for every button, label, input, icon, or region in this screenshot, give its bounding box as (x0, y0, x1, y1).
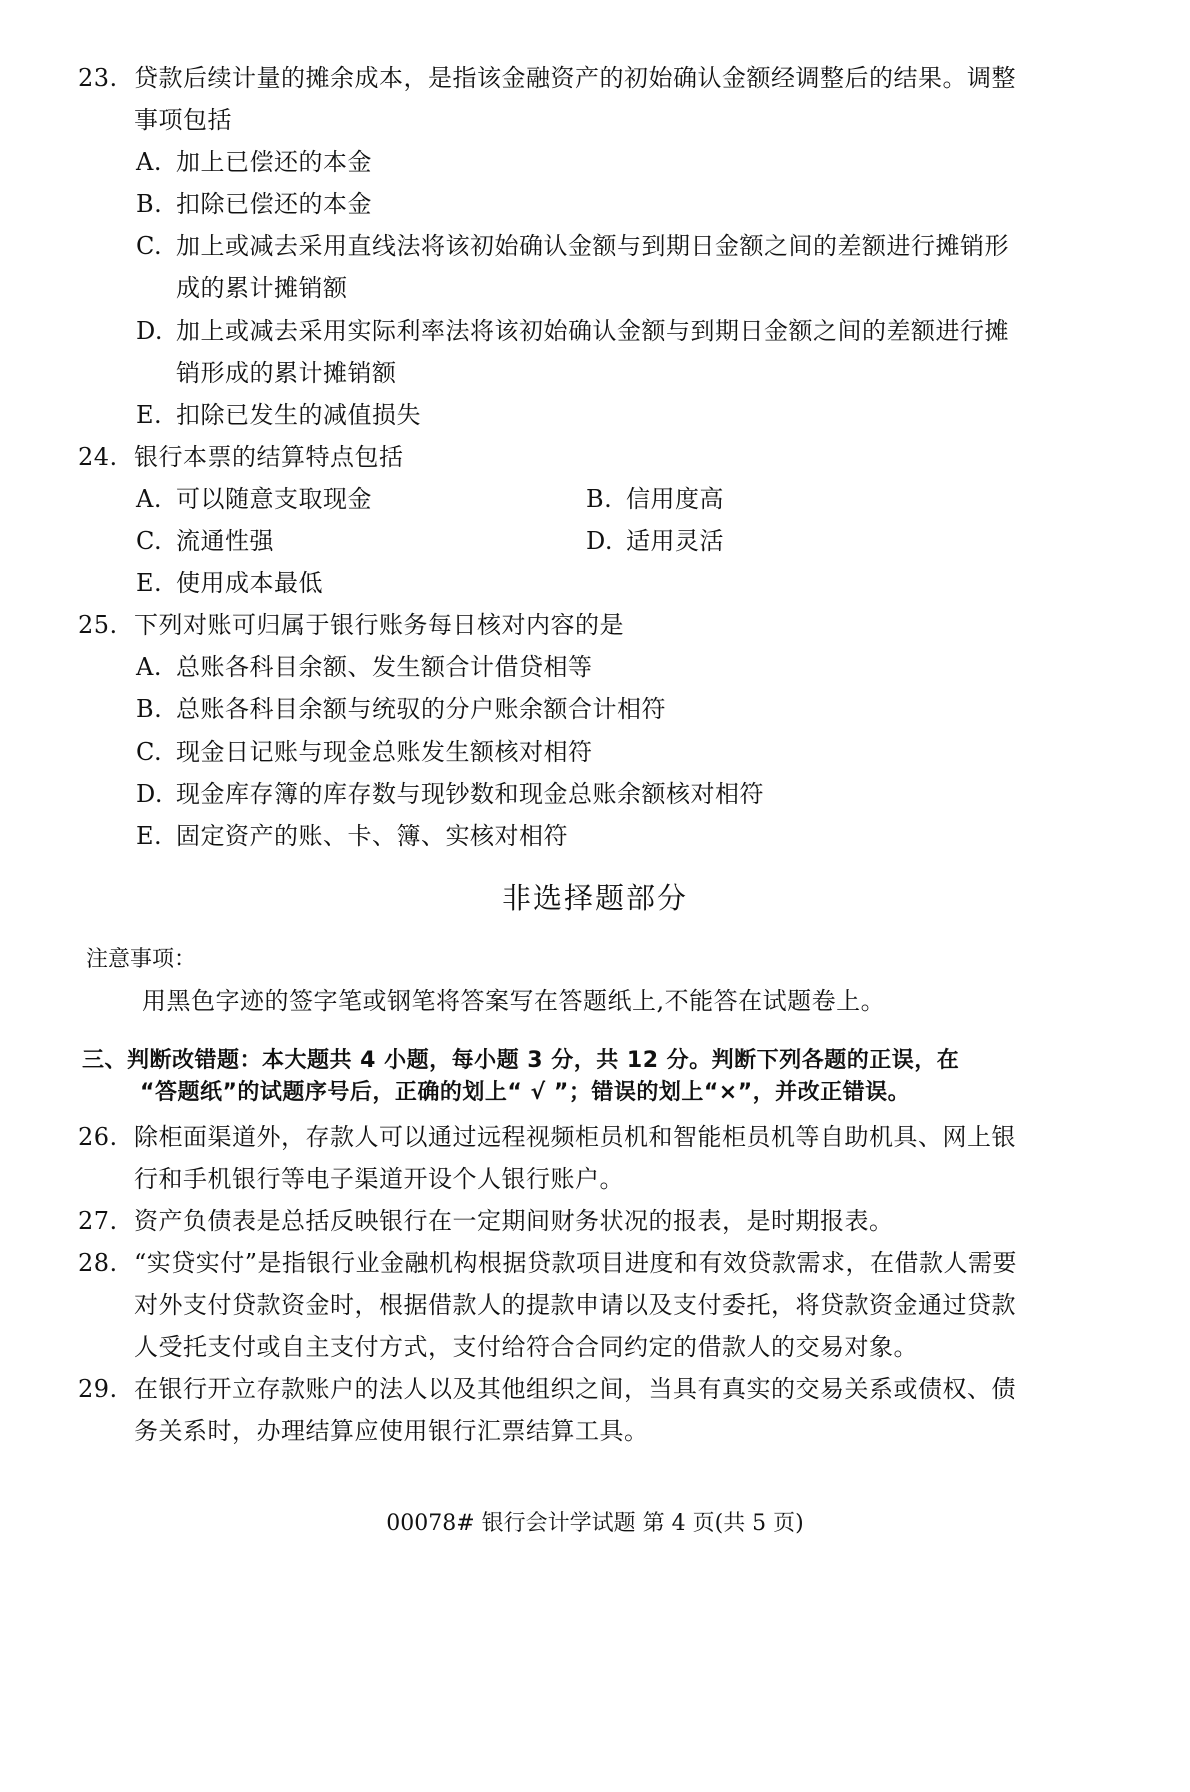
option-text: 流通性强 (176, 527, 274, 555)
question-25-option-d: D.现金库存簿的库存数与现钞数和现金总账余额核对相符 (136, 779, 764, 809)
section-title: 非选择题部分 (0, 880, 1190, 916)
question-text: 在银行开立存款账户的法人以及其他组织之间，当具有真实的交易关系或债权、债 (134, 1375, 1016, 1403)
question-27-line-1: 27.资产负债表是总括反映银行在一定期间财务状况的报表，是时期报表。 (78, 1206, 894, 1236)
notice-heading: 注意事项： (86, 946, 196, 974)
question-28-line-2: 对外支付贷款资金时，根据借款人的提款申请以及支付委托，将贷款资金通过贷款 (134, 1290, 1016, 1320)
option-label: A. (136, 147, 176, 177)
question-number: 27. (78, 1206, 134, 1236)
question-24-option-b: B.信用度高 (586, 484, 724, 514)
question-23-option-d: D.加上或减去采用实际利率法将该初始确认金额与到期日金额之间的差额进行摊 (136, 316, 1009, 346)
option-text: 可以随意支取现金 (176, 485, 372, 513)
notice-text: 用黑色字迹的签字笔或钢笔将答案写在答题纸上,不能答在试题卷上。 (142, 986, 885, 1016)
question-number: 23. (78, 63, 134, 93)
option-label: C. (136, 526, 176, 556)
option-text: 扣除已偿还的本金 (176, 190, 372, 218)
exam-page: 23.贷款后续计量的摊余成本，是指该金融资产的初始确认金额经调整后的结果。调整 … (0, 0, 1190, 1792)
option-text: 使用成本最低 (176, 569, 323, 597)
option-label: B. (136, 189, 176, 219)
question-text: “实贷实付”是指银行业金融机构根据贷款项目进度和有效贷款需求，在借款人需要 (134, 1249, 1017, 1277)
question-26-line-2: 行和手机银行等电子渠道开设个人银行账户。 (134, 1164, 624, 1194)
part3-heading-line-1: 三、判断改错题：本大题共 4 小题，每小题 3 分，共 12 分。判断下列各题的… (82, 1046, 959, 1076)
question-text: 下列对账可归属于银行账务每日核对内容的是 (134, 611, 624, 639)
question-23-option-a: A.加上已偿还的本金 (136, 147, 372, 177)
question-text: 银行本票的结算特点包括 (134, 443, 404, 471)
question-23-option-e: E.扣除已发生的减值损失 (136, 400, 421, 430)
question-23-option-b: B.扣除已偿还的本金 (136, 189, 372, 219)
question-26-line-1: 26.除柜面渠道外，存款人可以通过远程视频柜员机和智能柜员机等自助机具、网上银 (78, 1122, 1016, 1152)
question-text: 贷款后续计量的摊余成本，是指该金融资产的初始确认金额经调整后的结果。调整 (134, 64, 1016, 92)
option-text: 加上或减去采用实际利率法将该初始确认金额与到期日金额之间的差额进行摊 (176, 317, 1009, 345)
option-label: B. (586, 484, 626, 514)
question-23-option-d-cont: 销形成的累计摊销额 (176, 358, 397, 388)
question-number: 24. (78, 442, 134, 472)
option-label: E. (136, 568, 176, 598)
option-label: C. (136, 737, 176, 767)
option-label: C. (136, 231, 176, 261)
question-29-line-1: 29.在银行开立存款账户的法人以及其他组织之间，当具有真实的交易关系或债权、债 (78, 1374, 1016, 1404)
question-25-stem: 25.下列对账可归属于银行账务每日核对内容的是 (78, 610, 624, 640)
option-text: 现金日记账与现金总账发生额核对相符 (176, 738, 593, 766)
question-23-stem-line-1: 23.贷款后续计量的摊余成本，是指该金融资产的初始确认金额经调整后的结果。调整 (78, 63, 1016, 93)
option-text: 适用灵活 (626, 527, 724, 555)
question-number: 28. (78, 1248, 134, 1278)
option-text: 总账各科目余额与统驭的分户账余额合计相符 (176, 695, 666, 723)
option-text: 加上已偿还的本金 (176, 148, 372, 176)
option-label: D. (586, 526, 626, 556)
question-24-option-e: E.使用成本最低 (136, 568, 323, 598)
question-24-option-d: D.适用灵活 (586, 526, 724, 556)
option-label: D. (136, 316, 176, 346)
option-text: 固定资产的账、卡、簿、实核对相符 (176, 822, 568, 850)
question-23-option-c: C.加上或减去采用直线法将该初始确认金额与到期日金额之间的差额进行摊销形 (136, 231, 1009, 261)
question-number: 25. (78, 610, 134, 640)
question-25-option-b: B.总账各科目余额与统驭的分户账余额合计相符 (136, 694, 666, 724)
question-23-stem-line-2: 事项包括 (134, 105, 232, 135)
question-24-option-c: C.流通性强 (136, 526, 274, 556)
part3-heading-line-2: “答题纸”的试题序号后，正确的划上“ √ ”；错误的划上“×”，并改正错误。 (140, 1078, 910, 1108)
question-24-stem: 24.银行本票的结算特点包括 (78, 442, 404, 472)
question-24-option-a: A.可以随意支取现金 (136, 484, 372, 514)
question-23-option-c-cont: 成的累计摊销额 (176, 273, 348, 303)
question-28-line-3: 人受托支付或自主支付方式，支付给符合合同约定的借款人的交易对象。 (134, 1332, 918, 1362)
question-28-line-1: 28.“实贷实付”是指银行业金融机构根据贷款项目进度和有效贷款需求，在借款人需要 (78, 1248, 1017, 1278)
question-29-line-2: 务关系时，办理结算应使用银行汇票结算工具。 (134, 1416, 649, 1446)
question-number: 26. (78, 1122, 134, 1152)
option-label: E. (136, 821, 176, 851)
option-text: 总账各科目余额、发生额合计借贷相等 (176, 653, 593, 681)
option-text: 信用度高 (626, 485, 724, 513)
question-25-option-e: E.固定资产的账、卡、簿、实核对相符 (136, 821, 568, 851)
option-text: 加上或减去采用直线法将该初始确认金额与到期日金额之间的差额进行摊销形 (176, 232, 1009, 260)
question-25-option-c: C.现金日记账与现金总账发生额核对相符 (136, 737, 593, 767)
option-text: 扣除已发生的减值损失 (176, 401, 421, 429)
page-footer: 00078# 银行会计学试题 第 4 页(共 5 页) (0, 1510, 1190, 1538)
question-25-option-a: A.总账各科目余额、发生额合计借贷相等 (136, 652, 593, 682)
option-label: E. (136, 400, 176, 430)
option-text: 现金库存簿的库存数与现钞数和现金总账余额核对相符 (176, 780, 764, 808)
option-label: A. (136, 652, 176, 682)
option-label: A. (136, 484, 176, 514)
question-number: 29. (78, 1374, 134, 1404)
question-text: 资产负债表是总括反映银行在一定期间财务状况的报表，是时期报表。 (134, 1207, 894, 1235)
option-label: D. (136, 779, 176, 809)
question-text: 除柜面渠道外，存款人可以通过远程视频柜员机和智能柜员机等自助机具、网上银 (134, 1123, 1016, 1151)
option-label: B. (136, 694, 176, 724)
